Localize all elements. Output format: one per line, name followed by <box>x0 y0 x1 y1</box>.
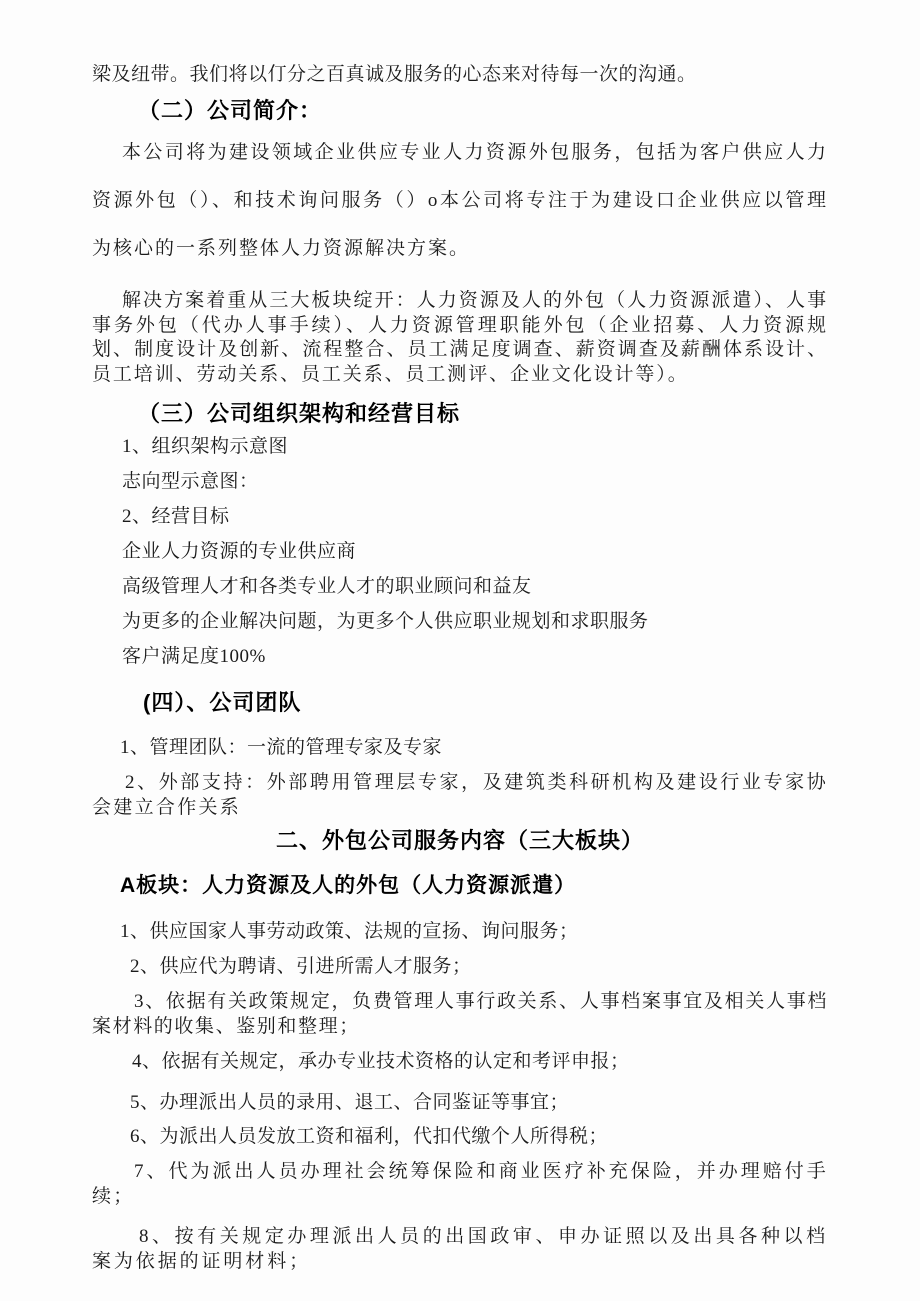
org-chart-line: 1、组织架构示意图 <box>92 434 828 459</box>
service-item-8: 8、按有关规定办理派出人员的出国政审、申办证照以及出具各种以档案为依据的证明材料… <box>92 1224 828 1274</box>
company-intro-paragraph: 本公司将为建设领域企业供应专业人力资源外包服务，包括为客户供应人力资源外包（）、… <box>92 129 828 273</box>
section-2-heading: （二）公司简介： <box>138 97 828 125</box>
goal-line-services: 为更多的企业解决问题，为更多个人供应职业规划和求职服务 <box>92 609 828 634</box>
service-item-6: 6、为派出人员发放工资和福利，代扣代缴个人所得税； <box>92 1124 828 1149</box>
service-item-2: 2、供应代为聘请、引进所需人才服务； <box>92 954 828 979</box>
part-two-heading: 二、外包公司服务内容（三大板块） <box>92 827 828 855</box>
section-3-heading: （三）公司组织架构和经营目标 <box>138 400 828 428</box>
section-4-heading: (四）、公司团队 <box>143 689 828 717</box>
block-a-heading: A板块：人力资源及人的外包（人力资源派遣） <box>120 872 828 900</box>
service-item-4: 4、依据有关规定，承办专业技术资格的认定和考评申报； <box>92 1049 828 1074</box>
document-page: 梁及纽带。我们将以仃分之百真诚及服务的心态来对待每一次的沟通。 （二）公司简介：… <box>0 0 920 1301</box>
solutions-paragraph: 解决方案着重从三大板块绽开：人力资源及人的外包（人力资源派遣）、人事事务外包（代… <box>92 289 828 387</box>
team-item-external: 2、外部支持：外部聘用管理层专家，及建筑类科研机构及建设行业专家协会建立合作关系 <box>92 770 828 820</box>
service-item-3: 3、依据有关政策规定，负费管理人事行政关系、人事档案事宜及相关人事档案材料的收集… <box>92 989 828 1039</box>
opening-paragraph: 梁及纽带。我们将以仃分之百真诚及服务的心态来对待每一次的沟通。 <box>92 62 828 87</box>
goal-line-satisfaction: 客户满足度100% <box>92 644 828 669</box>
goal-line-advisor: 高级管理人才和各类专业人才的职业顾问和益友 <box>92 574 828 599</box>
business-goals-line: 2、经营目标 <box>92 504 828 529</box>
service-item-7: 7、代为派出人员办理社会统筹保险和商业医疗补充保险，并办理赔付手续； <box>92 1159 828 1209</box>
service-item-1: 1、供应国家人事劳动政策、法规的宣扬、询问服务； <box>92 919 828 944</box>
goal-line-supplier: 企业人力资源的专业供应商 <box>92 539 828 564</box>
org-chart-sub-line: 志向型示意图： <box>92 469 828 494</box>
team-item-management: 1、管理团队：一流的管理专家及专家 <box>92 735 828 760</box>
service-item-5: 5、办理派出人员的录用、退工、合同鉴证等事宜； <box>92 1090 828 1115</box>
